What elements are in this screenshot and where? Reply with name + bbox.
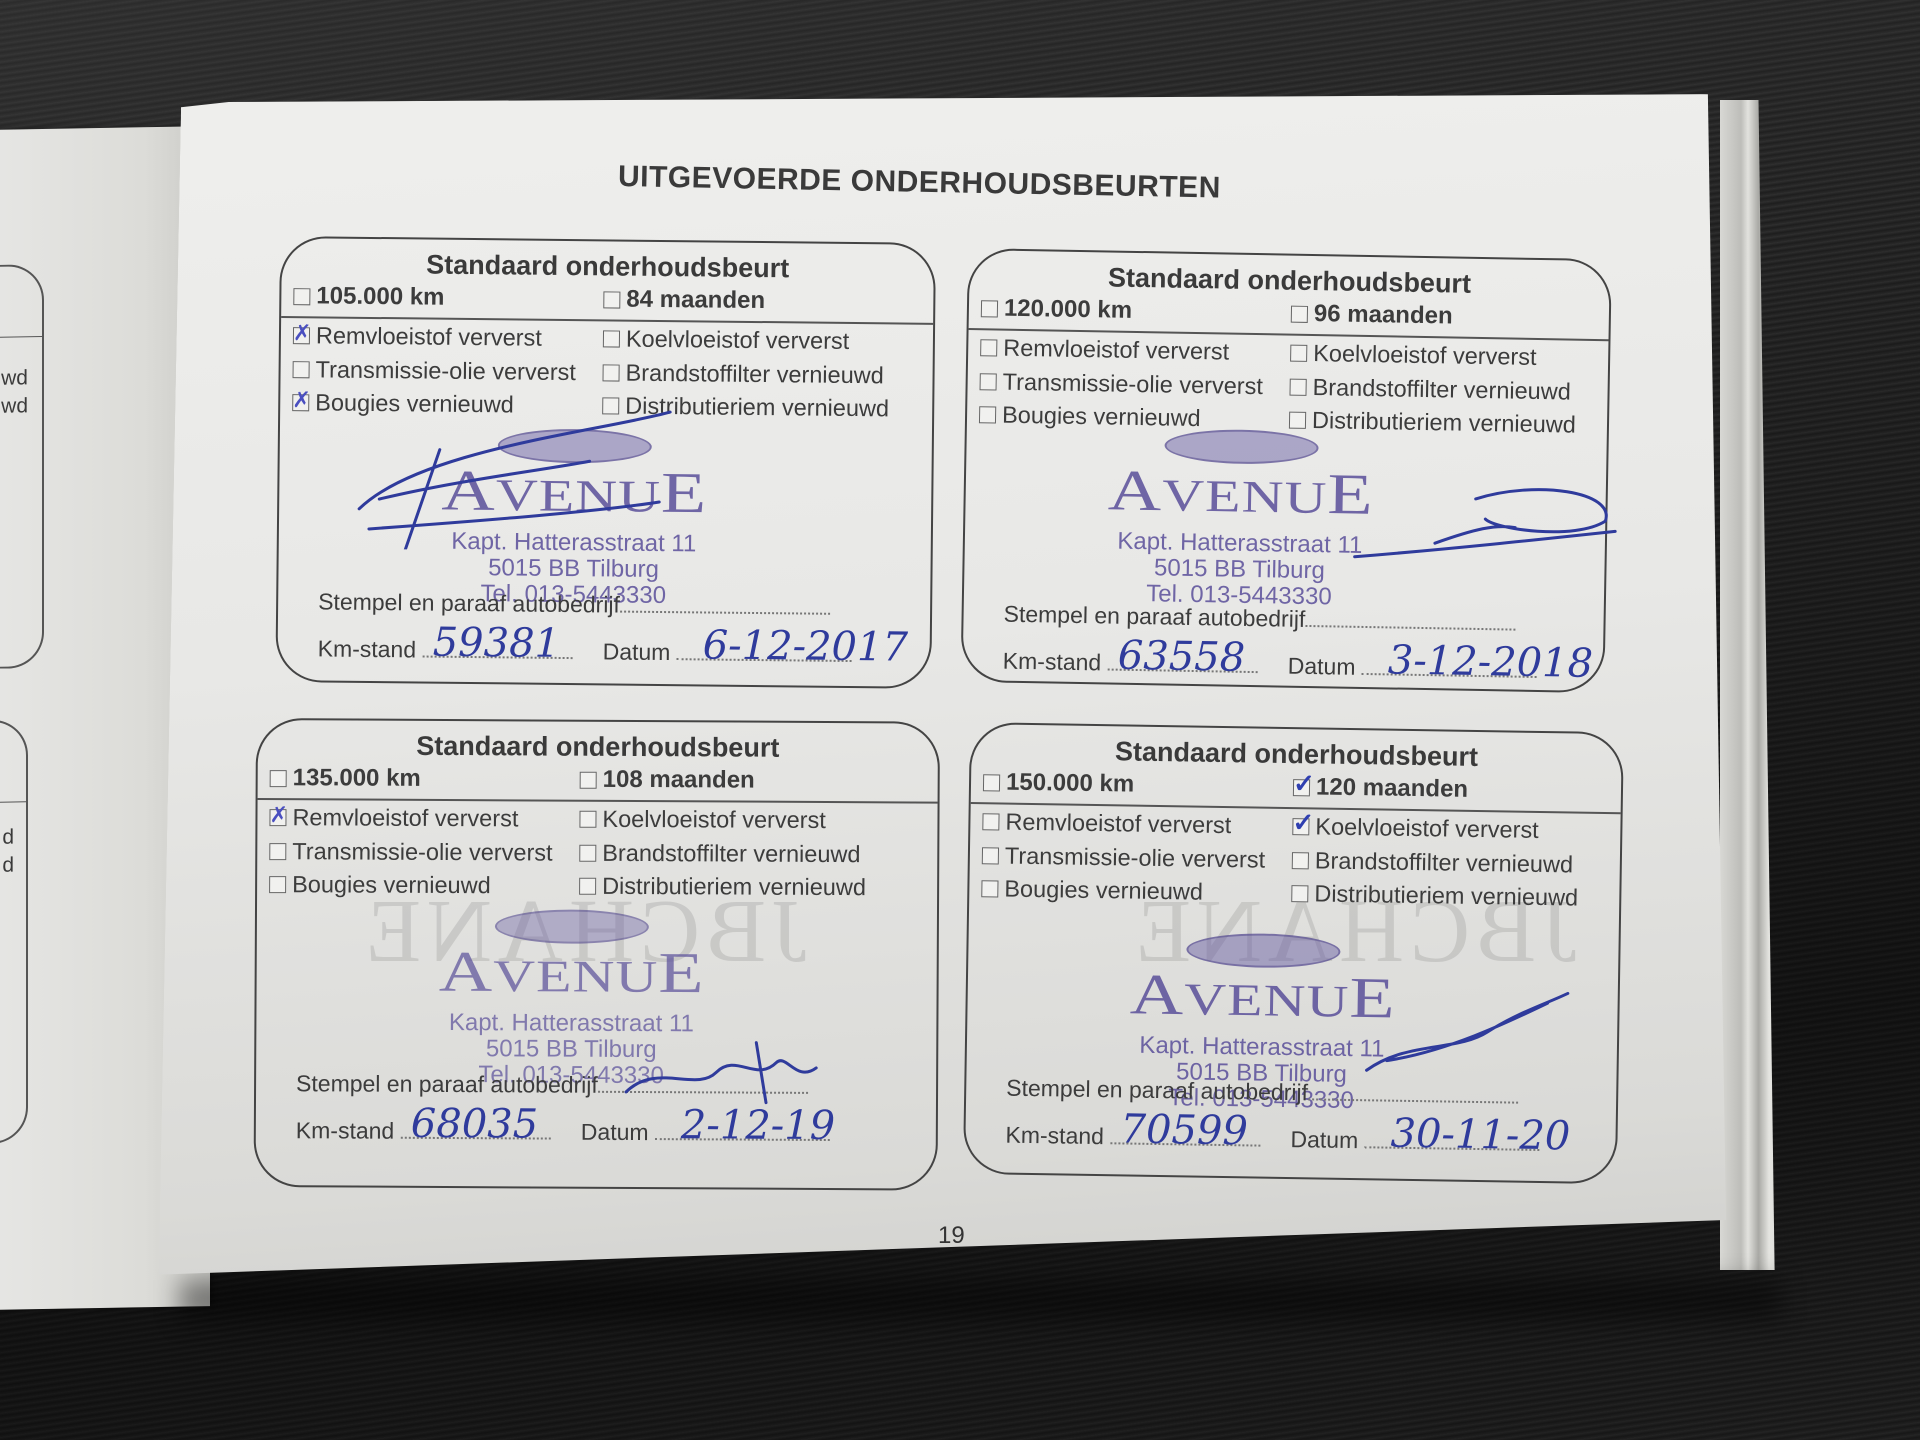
stamp-city: 5015 BB Tilburg <box>1074 555 1404 585</box>
coolant-item[interactable]: Koelvloeistof ververst <box>603 325 850 355</box>
km-stand-value: 68035 <box>411 1101 538 1148</box>
checkbox[interactable] <box>983 774 1000 791</box>
km-stand-value: 59381 <box>433 620 561 667</box>
stamp-oval-logo <box>1186 932 1341 968</box>
spark-plugs-item[interactable]: Bougies vernieuwd <box>269 871 491 899</box>
checkbox[interactable] <box>602 364 619 381</box>
month-interval[interactable]: 120 maanden <box>1293 773 1468 804</box>
checkbox[interactable] <box>269 809 286 826</box>
stamp-oval-logo <box>495 909 649 944</box>
km-stand-value: 70599 <box>1120 1106 1248 1154</box>
month-interval[interactable]: 96 maanden <box>1291 300 1453 331</box>
km-stand-value: 63558 <box>1118 633 1246 681</box>
stamp-street: Kapt. Hatterasstraat 11 <box>409 529 739 556</box>
checkbox[interactable] <box>603 330 620 347</box>
transmission-oil-item[interactable]: Transmissie-olie ververst <box>979 368 1263 400</box>
dealer-stamp: AVENUE Kapt. Hatterasstraat 11 5015 BB T… <box>406 909 737 1089</box>
fuel-filter-item[interactable]: Brandstoffilter vernieuwd <box>1289 374 1571 406</box>
service-title: Standaard onderhoudsbeurt <box>258 730 938 765</box>
service-record: Standaard onderhoudsbeurt 150.000 km 120… <box>963 722 1624 1184</box>
brake-fluid-item[interactable]: Remvloeistof ververst <box>269 804 518 832</box>
dealer-stamp: AVENUE Kapt. Hatterasstraat 11 5015 BB T… <box>408 427 740 608</box>
fuel-filter-item[interactable]: Brandstoffilter vernieuwd <box>1292 847 1574 878</box>
service-record: Standaard onderhoudsbeurt 135.000 km 108… <box>254 718 940 1191</box>
checkbox[interactable] <box>981 300 998 317</box>
stamp-street: Kapt. Hatterasstraat 11 <box>1075 529 1405 559</box>
checkbox[interactable] <box>269 843 286 860</box>
checkbox[interactable] <box>1289 412 1306 429</box>
timing-belt-item[interactable]: Distributieriem vernieuwd <box>602 392 889 422</box>
signature-field[interactable]: Stempel en paraaf autobedrijf <box>1006 1075 1518 1110</box>
spark-plugs-item[interactable]: Bougies vernieuwd <box>292 389 514 418</box>
left-fragment: d <box>2 854 14 878</box>
coolant-item[interactable]: Koelvloeistof ververst <box>579 806 825 834</box>
checkbox[interactable] <box>1291 885 1308 902</box>
datum-value: 30-11-20 <box>1390 1111 1570 1160</box>
stamp-brand: AVENUE <box>409 462 740 523</box>
checkbox[interactable] <box>982 813 999 830</box>
km-interval[interactable]: 120.000 km <box>981 294 1133 325</box>
transmission-oil-item[interactable]: Transmissie-olie ververst <box>269 838 552 866</box>
checkbox[interactable] <box>293 361 310 378</box>
checkbox[interactable] <box>579 811 596 828</box>
stamp-street: Kapt. Hatterasstraat 11 <box>406 1011 736 1037</box>
checkbox[interactable] <box>293 327 310 344</box>
datum-value: 3-12-2018 <box>1387 637 1593 687</box>
left-fragment: uwd <box>0 394 28 419</box>
left-page-box-bottom: d d <box>0 719 28 1144</box>
service-record: Standaard onderhoudsbeurt 105.000 km 84 … <box>275 236 936 689</box>
left-page-box-top: wd uwd <box>0 264 44 669</box>
left-fragment: wd <box>1 366 28 390</box>
checkbox[interactable] <box>1290 345 1307 362</box>
stamp-city: 5015 BB Tilburg <box>406 1037 736 1063</box>
service-record: Standaard onderhoudsbeurt 120.000 km 96 … <box>960 248 1611 693</box>
checkbox[interactable] <box>980 339 997 356</box>
signature-field[interactable]: Stempel en paraaf autobedrijf <box>318 588 830 620</box>
transmission-oil-item[interactable]: Transmissie-olie ververst <box>292 356 576 386</box>
datum-value: 2-12-19 <box>681 1102 836 1149</box>
km-interval[interactable]: 105.000 km <box>293 282 444 312</box>
checkbox[interactable] <box>982 847 999 864</box>
page-number: 19 <box>938 1222 965 1250</box>
month-interval[interactable]: 108 maanden <box>580 766 755 795</box>
km-interval[interactable]: 150.000 km <box>983 768 1135 798</box>
checkbox[interactable] <box>579 878 596 895</box>
stamp-brand: AVENUE <box>1097 965 1428 1028</box>
dealer-stamp: AVENUE Kapt. Hatterasstraat 11 5015 BB T… <box>1074 427 1407 611</box>
checkbox[interactable] <box>1292 852 1309 869</box>
stamp-brand: AVENUE <box>1075 461 1406 524</box>
left-fragment: d <box>2 826 14 850</box>
checkbox[interactable] <box>980 373 997 390</box>
timing-belt-item[interactable]: Distributieriem vernieuwd <box>579 873 866 902</box>
checkbox[interactable] <box>1289 379 1306 396</box>
checkbox[interactable] <box>1291 305 1308 322</box>
km-interval[interactable]: 135.000 km <box>270 764 421 793</box>
timing-belt-item[interactable]: Distributieriem vernieuwd <box>1291 880 1578 912</box>
stamp-city: 5015 BB Tilburg <box>408 555 738 582</box>
checkbox[interactable] <box>579 845 596 862</box>
checkbox[interactable] <box>293 288 310 305</box>
datum-value: 6-12-2017 <box>702 622 908 670</box>
page-shadow <box>180 1280 1780 1320</box>
brake-fluid-item[interactable]: Remvloeistof ververst <box>293 322 542 352</box>
divider <box>258 798 938 804</box>
checkbox[interactable] <box>580 771 597 788</box>
checkbox[interactable] <box>292 394 309 411</box>
stamp-oval-logo <box>1164 428 1319 465</box>
coolant-item[interactable]: Koelvloeistof ververst <box>1290 340 1537 371</box>
checkbox[interactable] <box>981 880 998 897</box>
fuel-filter-item[interactable]: Brandstoffilter vernieuwd <box>579 840 860 868</box>
checkbox[interactable] <box>979 406 996 423</box>
stamp-brand: AVENUE <box>407 943 737 1002</box>
coolant-item[interactable]: Koelvloeistof ververst <box>1292 813 1539 844</box>
fuel-filter-item[interactable]: Brandstoffilter vernieuwd <box>602 359 883 389</box>
checkbox[interactable] <box>602 397 619 414</box>
left-box-rule <box>0 336 42 338</box>
spark-plugs-item[interactable]: Bougies vernieuwd <box>981 875 1203 905</box>
left-box-rule <box>0 801 26 803</box>
checkbox[interactable] <box>603 291 620 308</box>
brake-fluid-item[interactable]: Remvloeistof ververst <box>982 808 1231 839</box>
signature-field[interactable]: Stempel en paraaf autobedrijf <box>296 1070 808 1100</box>
stamp-oval-logo <box>498 428 652 464</box>
transmission-oil-item[interactable]: Transmissie-olie ververst <box>982 842 1266 873</box>
checkbox[interactable] <box>269 876 286 893</box>
signature-field[interactable]: Stempel en paraaf autobedrijf <box>1003 601 1515 637</box>
service-title: Standaard onderhoudsbeurt <box>282 248 934 286</box>
checkbox[interactable] <box>1292 818 1309 835</box>
checkbox[interactable] <box>1293 779 1310 796</box>
checkbox[interactable] <box>270 770 287 787</box>
month-interval[interactable]: 84 maanden <box>603 285 765 315</box>
stamp-street: Kapt. Hatterasstraat 11 <box>1097 1033 1427 1062</box>
brake-fluid-item[interactable]: Remvloeistof ververst <box>980 334 1229 365</box>
